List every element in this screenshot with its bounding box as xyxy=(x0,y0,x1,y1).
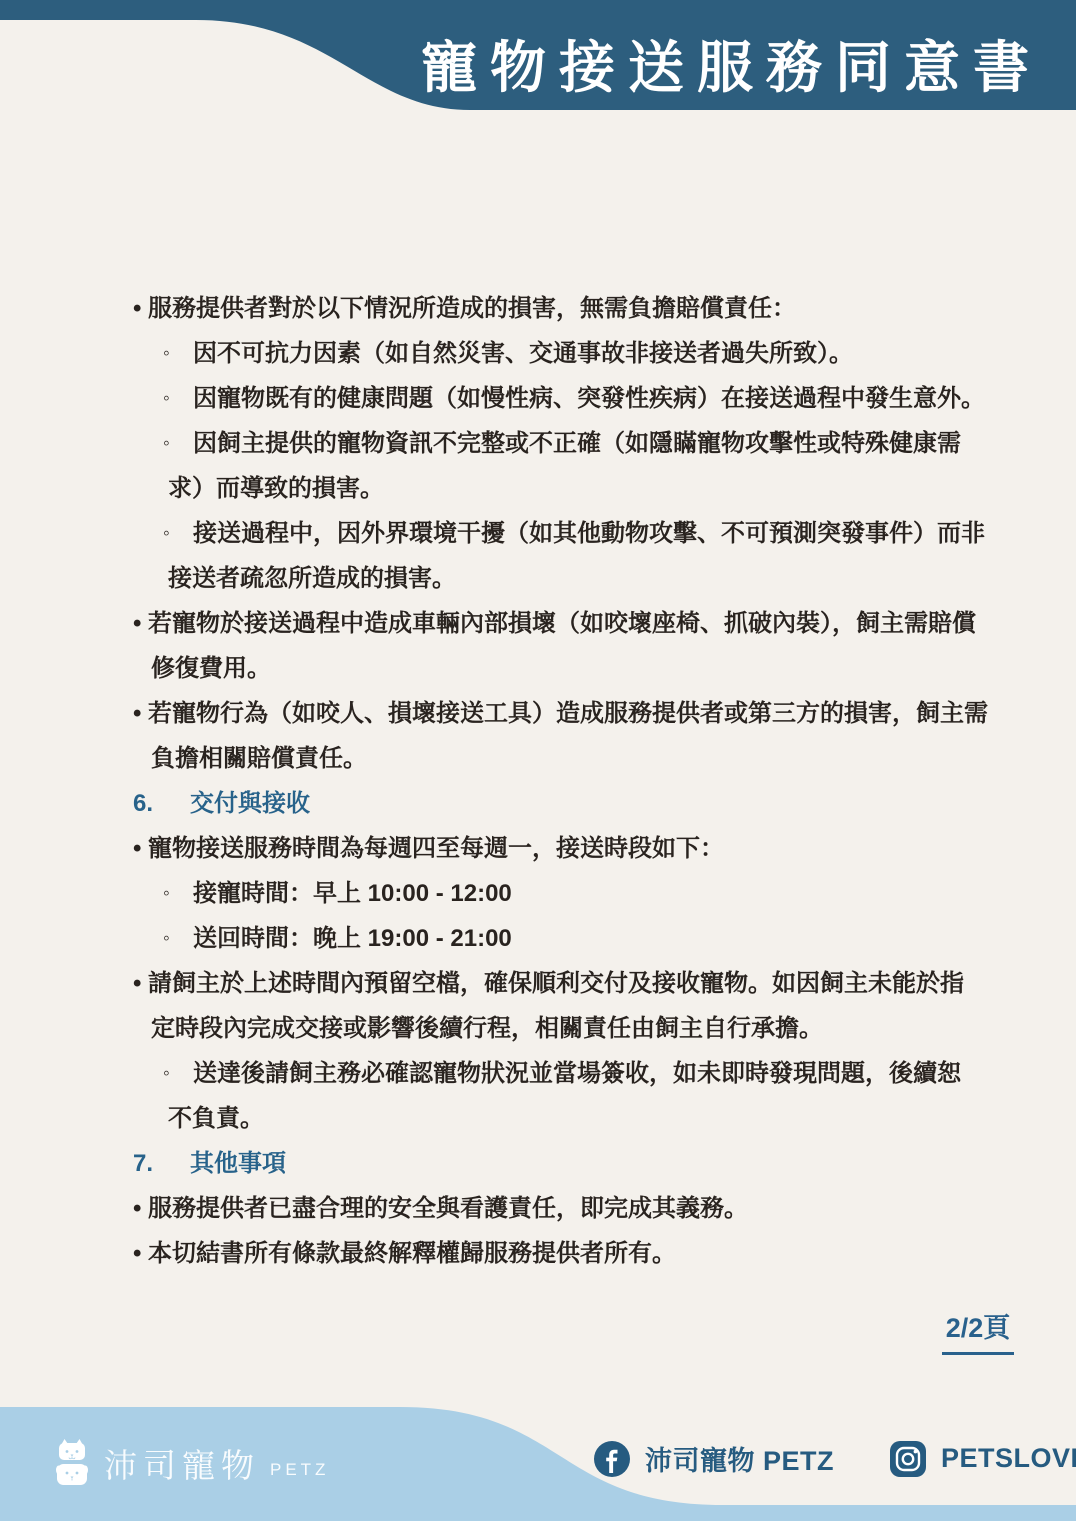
section-heading-6: 6. 交付與接收 xyxy=(133,781,993,826)
brand-name: 沛司寵物 xyxy=(104,1440,260,1487)
circle-marker: ◦ xyxy=(163,916,193,961)
section-heading-7: 7. 其他事項 xyxy=(133,1141,993,1186)
instagram-handle: PETSLOVEMIX xyxy=(941,1443,1076,1474)
bullet-marker: • xyxy=(133,826,148,871)
sub-list-item: ◦ 接送過程中，因外界環境干擾（如其他動物攻擊、不可預測突發事件）而非 接送者疏… xyxy=(133,511,993,601)
list-item: • 寵物接送服務時間為每週四至每週一，接送時段如下： xyxy=(133,826,993,871)
section-title: 交付與接收 xyxy=(190,781,310,826)
list-item: • 請飼主於上述時間內預留空檔，確保順利交付及接收寵物。如因飼主未能於指 定時段… xyxy=(133,961,993,1051)
sub-list-item: ◦ 因寵物既有的健康問題（如慢性病、突發性疾病）在接送過程中發生意外。 xyxy=(133,376,993,421)
list-item: • 本切結書所有條款最終解釋權歸服務提供者所有。 xyxy=(133,1231,993,1276)
instagram-icon xyxy=(890,1441,926,1477)
list-item: • 服務提供者已盡合理的安全與看護責任，即完成其義務。 xyxy=(133,1186,993,1231)
sub-list-item: ◦ 因不可抗力因素（如自然災害、交通事故非接送者過失所致）。 xyxy=(133,331,993,376)
circle-marker: ◦ xyxy=(163,1051,193,1096)
circle-marker: ◦ xyxy=(163,511,193,556)
bullet-marker: • xyxy=(133,286,148,331)
page-number: 2/2頁 xyxy=(942,1306,1014,1355)
page-title: 寵物接送服務同意書 xyxy=(421,24,1042,104)
list-item: • 服務提供者對於以下情況所造成的損害，無需負擔賠償責任： xyxy=(133,286,993,331)
circle-marker: ◦ xyxy=(163,331,193,376)
sub-list-item: ◦ 接寵時間：早上 10:00 - 12:00 xyxy=(133,871,993,916)
section-title: 其他事項 xyxy=(190,1141,286,1186)
bullet-marker: • xyxy=(133,1231,148,1276)
agreement-body: • 服務提供者對於以下情況所造成的損害，無需負擔賠償責任： ◦ 因不可抗力因素（… xyxy=(133,286,993,1276)
sub-list-item: ◦ 因飼主提供的寵物資訊不完整或不正確（如隱瞞寵物攻擊性或特殊健康需 求）而導致… xyxy=(133,421,993,511)
circle-marker: ◦ xyxy=(163,871,193,916)
circle-marker: ◦ xyxy=(163,376,193,421)
page-number-label: 2/2頁 xyxy=(942,1306,1014,1345)
bullet-marker: • xyxy=(133,961,148,1006)
section-number: 6. xyxy=(133,781,190,826)
petz-cat-dog-icon xyxy=(56,1438,88,1488)
facebook-handle: 沛司寵物 PETZ xyxy=(645,1439,834,1478)
bullet-marker: • xyxy=(133,1186,148,1231)
section-number: 7. xyxy=(133,1141,190,1186)
brand-suffix: PETZ xyxy=(270,1460,329,1480)
brand-logo: 沛司寵物 PETZ xyxy=(56,1438,329,1488)
bullet-marker: • xyxy=(133,601,148,646)
facebook-icon xyxy=(594,1441,630,1477)
social-links: 沛司寵物 PETZ PETSLOVEMIX xyxy=(594,1439,1076,1478)
bullet-marker: • xyxy=(133,691,148,736)
circle-marker: ◦ xyxy=(163,421,193,466)
list-item: • 若寵物於接送過程中造成車輛內部損壞（如咬壞座椅、抓破內裝），飼主需賠償 修復… xyxy=(133,601,993,691)
list-item: • 若寵物行為（如咬人、損壞接送工具）造成服務提供者或第三方的損害，飼主需 負擔… xyxy=(133,691,993,781)
page-number-underline xyxy=(942,1352,1014,1355)
sub-list-item: ◦ 送達後請飼主務必確認寵物狀況並當場簽收，如未即時發現問題，後續恕 不負責。 xyxy=(133,1051,993,1141)
facebook-link: 沛司寵物 PETZ xyxy=(594,1439,834,1478)
instagram-link: PETSLOVEMIX xyxy=(890,1441,1076,1477)
sub-list-item: ◦ 送回時間：晚上 19:00 - 21:00 xyxy=(133,916,993,961)
agreement-page: 寵物接送服務同意書 • 服務提供者對於以下情況所造成的損害，無需負擔賠償責任： … xyxy=(0,0,1076,1521)
